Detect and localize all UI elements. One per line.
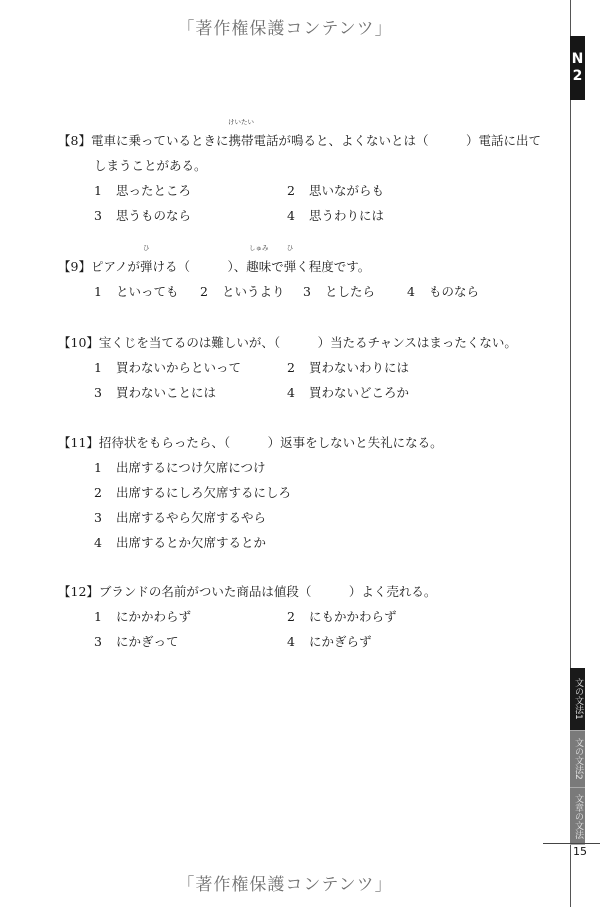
option-text: 思ったところ (116, 183, 191, 198)
ruby-word: ひ弾 (140, 254, 153, 279)
question-text: く程度です。 (296, 259, 370, 274)
option-number: 3 (94, 203, 116, 228)
ruby-word: ひ弾 (284, 254, 297, 279)
question-10: 【10】宝くじを当てるのは難しいが、（ ）当たるチャンスはまったくない。 1買わ… (58, 330, 517, 405)
option-text: というより (222, 284, 285, 299)
option-1[interactable]: 1にかかわらず (94, 604, 191, 629)
option-text: ものなら (429, 284, 479, 299)
option-row: 1出席するにつけ欠席につけ (94, 455, 443, 480)
option-number: 1 (94, 455, 116, 480)
ruby-base: 趣味 (246, 259, 271, 274)
question-text: ブランドの名前がついた商品は値段（ ）よく売れる。 (99, 584, 437, 599)
question-text: 招待状をもらったら、（ ）返事をしないと失礼になる。 (99, 435, 443, 450)
option-number: 2 (287, 355, 309, 380)
option-text: 出席するとか欠席するとか (116, 535, 266, 550)
option-2[interactable]: 2買わないわりには (287, 355, 409, 380)
watermark-bottom: 「著作権保護コンテンツ」 (0, 870, 570, 895)
question-number: 【11】 (58, 430, 99, 455)
option-2[interactable]: 2というより (200, 279, 285, 304)
option-text: 買わないどころか (309, 385, 409, 400)
option-2[interactable]: 2出席するにしろ欠席するにしろ (94, 480, 291, 505)
ruby-base: 弾 (284, 259, 297, 274)
option-number: 3 (94, 629, 116, 654)
page-number-rule (543, 843, 600, 844)
option-row: 1といっても 2というより 3としたら 4ものなら (94, 279, 370, 304)
question-text: 電車に乗っているときに (91, 133, 229, 148)
option-number: 4 (407, 279, 429, 304)
option-row: 3にかぎって 4にかぎらず (94, 629, 436, 654)
question-number: 【10】 (58, 330, 99, 355)
option-text: 出席するにしろ欠席するにしろ (116, 485, 291, 500)
option-number: 4 (287, 629, 309, 654)
ruby-base: 携帯 (228, 133, 253, 148)
option-text: 出席するにつけ欠席につけ (116, 460, 266, 475)
option-number: 4 (287, 380, 309, 405)
option-text: といっても (116, 284, 179, 299)
question-stem: 【11】招待状をもらったら、（ ）返事をしないと失礼になる。 (58, 430, 443, 455)
option-number: 2 (94, 480, 116, 505)
question-text: ピアノが (91, 259, 140, 274)
option-text: 買わないからといって (116, 360, 241, 375)
option-row: 3買わないことには 4買わないどころか (94, 380, 517, 405)
page-number: 15 (573, 845, 587, 858)
question-text: で (271, 259, 284, 274)
option-1[interactable]: 1買わないからといって (94, 355, 241, 380)
option-number: 1 (94, 355, 116, 380)
option-row: 1思ったところ 2思いながらも (94, 178, 541, 203)
ruby-reading: ひ (143, 245, 150, 252)
option-number: 1 (94, 604, 116, 629)
option-number: 3 (94, 505, 116, 530)
option-text: にかぎって (116, 634, 179, 649)
option-text: 買わないわりには (309, 360, 409, 375)
option-4[interactable]: 4ものなら (407, 279, 479, 304)
option-number: 4 (287, 203, 309, 228)
option-3[interactable]: 3としたら (303, 279, 375, 304)
option-4[interactable]: 4買わないどころか (287, 380, 409, 405)
ruby-reading: しゅみ (249, 245, 269, 252)
question-11: 【11】招待状をもらったら、（ ）返事をしないと失礼になる。 1出席するにつけ欠… (58, 430, 443, 555)
option-3[interactable]: 3思うものなら (94, 203, 191, 228)
question-8: 【8】電車に乗っているときにけいたい携帯電話が鳴ると、よくないとは（ ）電話に出… (58, 128, 541, 228)
option-text: 思いながらも (309, 183, 384, 198)
option-number: 3 (94, 380, 116, 405)
ruby-word: しゅみ趣味 (246, 254, 271, 279)
option-text: 買わないことには (116, 385, 216, 400)
option-number: 4 (94, 530, 116, 555)
section-tab-sentence-grammar-2[interactable]: 文の文法2 (570, 731, 585, 788)
option-row: 1買わないからといって 2買わないわりには (94, 355, 517, 380)
question-stem: 【8】電車に乗っているときにけいたい携帯電話が鳴ると、よくないとは（ ）電話に出… (58, 128, 541, 153)
option-text: にもかかわらず (309, 609, 397, 624)
option-text: 思うわりには (309, 208, 384, 223)
option-2[interactable]: 2にもかかわらず (287, 604, 397, 629)
option-text: にかぎらず (309, 634, 372, 649)
option-row: 3出席するやら欠席するやら (94, 505, 443, 530)
question-stem: 【12】ブランドの名前がついた商品は値段（ ）よく売れる。 (58, 579, 436, 604)
option-number: 2 (287, 604, 309, 629)
option-2[interactable]: 2思いながらも (287, 178, 384, 203)
option-row: 1にかかわらず 2にもかかわらず (94, 604, 436, 629)
option-row: 4出席するとか欠席するとか (94, 530, 443, 555)
level-tab-letter: N (572, 51, 584, 68)
level-tab-n2: N 2 (570, 36, 585, 100)
option-row: 3思うものなら 4思うわりには (94, 203, 541, 228)
option-3[interactable]: 3出席するやら欠席するやら (94, 505, 266, 530)
ruby-reading: けいたい (228, 119, 254, 126)
option-number: 1 (94, 279, 116, 304)
watermark-top: 「著作権保護コンテンツ」 (0, 14, 570, 39)
question-number: 【9】 (58, 254, 91, 279)
ruby-base: 弾 (140, 259, 153, 274)
option-number: 3 (303, 279, 325, 304)
option-1[interactable]: 1出席するにつけ欠席につけ (94, 455, 266, 480)
option-1[interactable]: 1といっても (94, 279, 179, 304)
option-text: 思うものなら (116, 208, 191, 223)
question-continuation: しまうことがある。 (94, 153, 541, 178)
question-stem: 【9】ピアノがひ弾ける（ ）、しゅみ趣味でひ弾く程度です。 (58, 254, 370, 279)
option-4[interactable]: 4出席するとか欠席するとか (94, 530, 266, 555)
ruby-reading: ひ (287, 245, 294, 252)
question-text: 電話が鳴ると、よくないとは（ ）電話に出て (253, 133, 541, 148)
section-tab-sentence-grammar-1[interactable]: 文の文法1 (570, 668, 585, 731)
option-text: にかかわらず (116, 609, 191, 624)
option-3[interactable]: 3にかぎって (94, 629, 179, 654)
option-4[interactable]: 4にかぎらず (287, 629, 372, 654)
ruby-word: けいたい携帯 (228, 128, 253, 153)
question-text: 宝くじを当てるのは難しいが、（ ）当たるチャンスはまったくない。 (99, 335, 517, 350)
section-tabs: 文の文法1 文の文法2 文章の文法 (570, 668, 585, 845)
question-number: 【8】 (58, 128, 91, 153)
question-stem: 【10】宝くじを当てるのは難しいが、（ ）当たるチャンスはまったくない。 (58, 330, 517, 355)
option-text: としたら (325, 284, 375, 299)
option-number: 2 (287, 178, 309, 203)
option-row: 2出席するにしろ欠席するにしろ (94, 480, 443, 505)
section-tab-text-grammar[interactable]: 文章の文法 (570, 788, 585, 845)
question-number: 【12】 (58, 579, 99, 604)
question-9: 【9】ピアノがひ弾ける（ ）、しゅみ趣味でひ弾く程度です。 1といっても 2とい… (58, 254, 370, 304)
level-tab-digit: 2 (573, 68, 583, 85)
option-number: 2 (200, 279, 222, 304)
option-number: 1 (94, 178, 116, 203)
option-3[interactable]: 3買わないことには (94, 380, 216, 405)
question-12: 【12】ブランドの名前がついた商品は値段（ ）よく売れる。 1にかかわらず 2に… (58, 579, 436, 654)
question-text: ける（ ）、 (152, 259, 246, 274)
option-4[interactable]: 4思うわりには (287, 203, 384, 228)
option-text: 出席するやら欠席するやら (116, 510, 266, 525)
option-1[interactable]: 1思ったところ (94, 178, 191, 203)
